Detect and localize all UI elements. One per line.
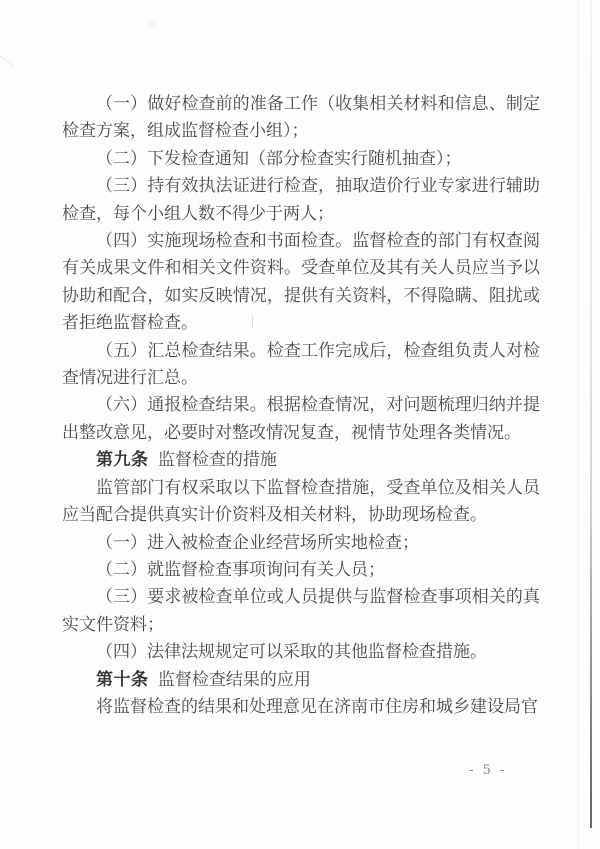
document-body: （一）做好检查前的准备工作（收集相关材料和信息、制定检查方案，组成监督检查小组）… [62,91,540,721]
article-title: 监督检查结果的应用 [158,670,311,690]
body-paragraph: 监管部门有权采取以下监督检查措施，受查单位及相关人员应当配合提供真实计价资料及相… [62,475,540,530]
article-heading: 第十条监督检查结果的应用 [62,667,540,694]
article-heading: 第九条监督检查的措施 [62,447,540,474]
body-paragraph: （五）汇总检查结果。检查工作完成后，检查组负责人对检查情况进行汇总。 [62,338,540,393]
scan-edge-line-faint [578,0,579,849]
body-paragraph: （三）要求被检查单位或人员提供与监督检查事项相关的真实文件资料； [62,584,540,639]
body-paragraph: （二）就监督检查事项询问有关人员； [62,557,540,584]
article-number: 第十条 [96,670,149,690]
body-paragraph: （二）下发检查通知（部分检查实行随机抽查）； [62,146,540,173]
page-number: - 5 - [456,763,520,778]
body-paragraph: （六）通报检查结果。根据检查情况，对问题梳理归纳并提出整改意见，必要时对整改情况… [62,392,540,447]
body-paragraph: （一）做好检查前的准备工作（收集相关材料和信息、制定检查方案，组成监督检查小组）… [62,91,540,146]
scanned-document-page: （一）做好检查前的准备工作（收集相关材料和信息、制定检查方案，组成监督检查小组）… [0,0,600,849]
scan-corner-artifact [0,55,13,67]
body-paragraph: （四）法律法规规定可以采取的其他监督检查措施。 [62,639,540,666]
scan-edge-line [590,0,592,828]
body-paragraph: （四）实施现场检查和书面检查。监督检查的部门有权查阅有关成果文件和相关文件资料。… [62,228,540,338]
body-paragraph: 将监督检查的结果和处理意见在济南市住房和城乡建设局官 [62,694,540,721]
scan-smudge [147,21,157,26]
body-paragraph: （一）进入被检查企业经营场所实地检查； [62,530,540,557]
article-number: 第九条 [96,450,149,470]
article-title: 监督检查的措施 [158,450,277,470]
body-paragraph: （三）持有效执法证进行检查，抽取造价行业专家进行辅助检查，每个小组人数不得少于两… [62,173,540,228]
